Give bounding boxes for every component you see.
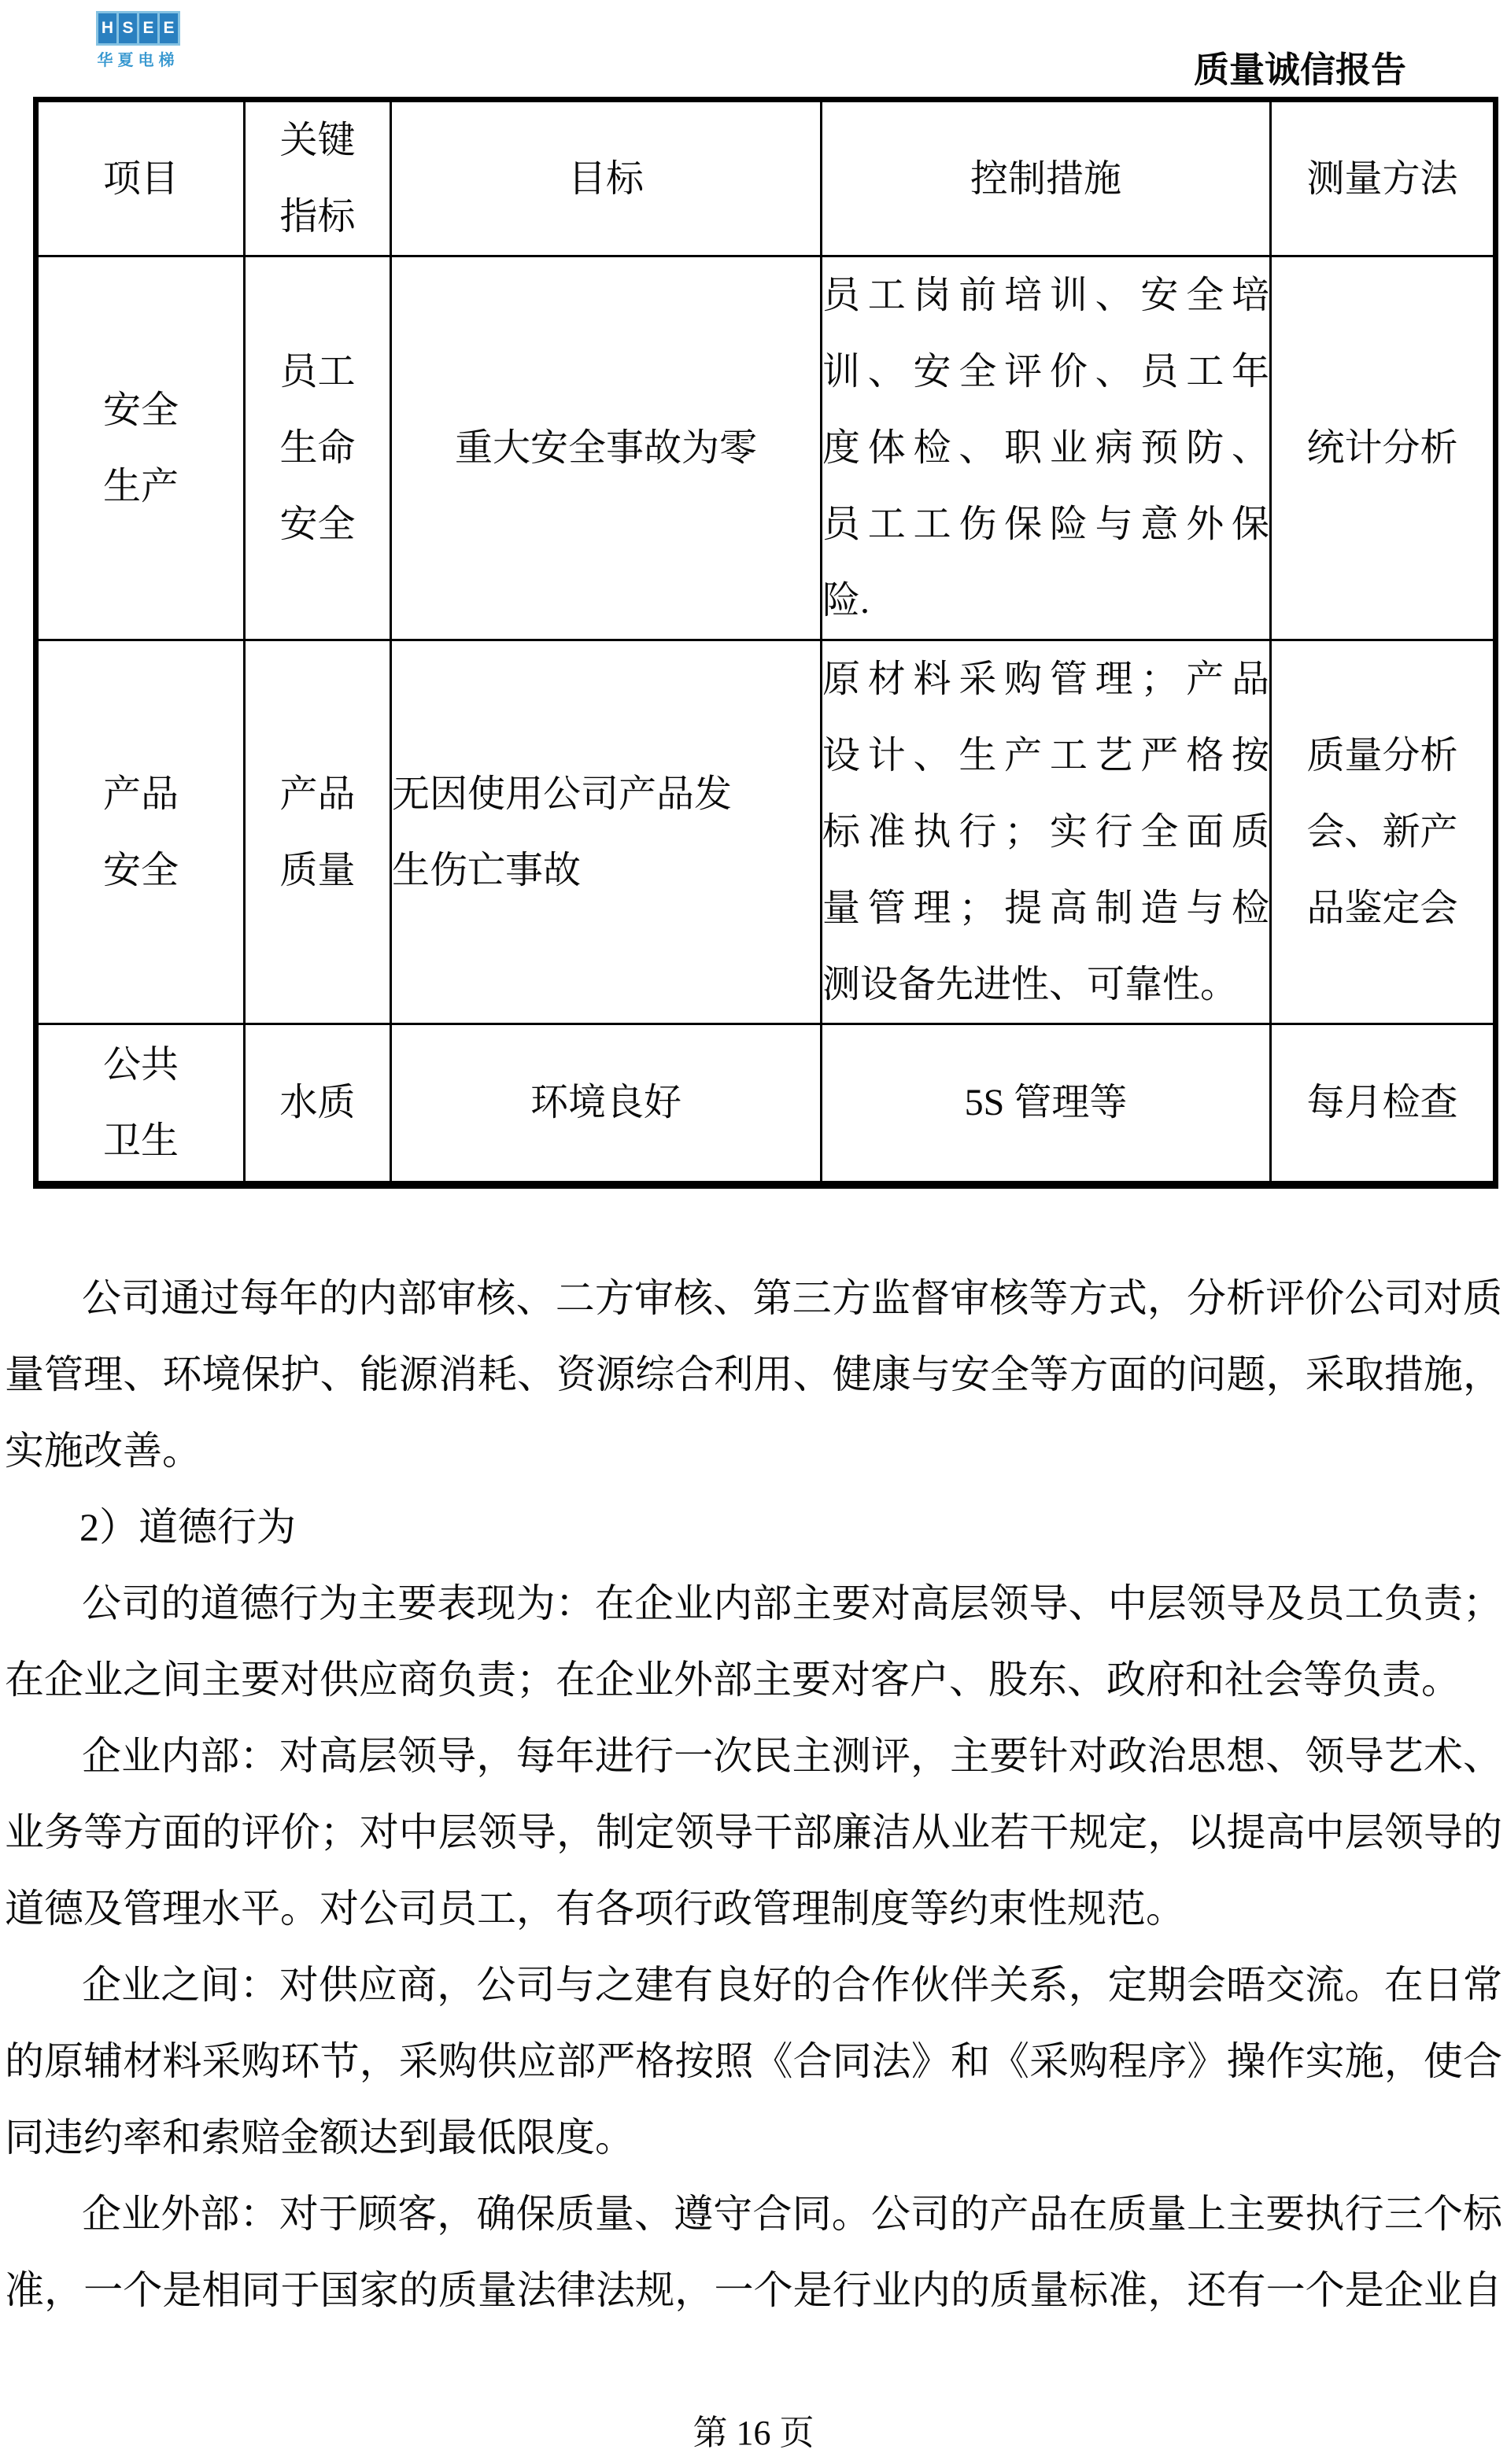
logo-letter-h: H [98,13,116,43]
page-number: 第 16 页 [0,2404,1507,2455]
col-header-measurement-method: 测量方法 [1271,100,1496,256]
document-header-title: 质量诚信报告 [1194,41,1406,92]
measure-line: 原材料采购管理；产品 [822,641,1269,717]
cell-item: 公共 卫生 [36,1024,245,1185]
paragraph-line: 准，一个是相同于国家的质量法律法规，一个是行业内的质量标准，还有一个是企业自 [5,2252,1502,2329]
cell-method: 每月检查 [1271,1024,1496,1185]
report-page: H S E E 华夏电梯 质量诚信报告 项目 关键 指标 目标 控制措施 测量方… [0,0,1507,2464]
measure-line: 设计、生产工艺严格按 [822,717,1269,794]
cell-control-measures: 5S 管理等 [822,1024,1271,1185]
company-logo: H S E E 华夏电梯 [96,11,180,70]
paragraph-line: 业务等方面的评价；对中层领导，制定领导干部廉洁从业若干规定，以提高中层领导的 [5,1795,1502,1871]
logo-letter-s: S [119,13,137,43]
cell-item: 产品 安全 [36,640,245,1024]
measure-line: 度体检、职业病预防、 [822,410,1269,486]
table-row-production-safety: 安全 生产 员工 生命 安全 重大安全事故为零 员工岗前培训、安全培 训、安全评… [36,256,1496,640]
table-header-row: 项目 关键 指标 目标 控制措施 测量方法 [36,100,1496,256]
paragraph-line: 企业之间：对供应商，公司与之建有良好的合作伙伴关系，定期会晤交流。在日常 [5,1947,1502,2023]
cell-method: 质量分析 会、新产 品鉴定会 [1271,640,1496,1024]
col-header-key-indicator: 关键 指标 [245,100,391,256]
col-header-item: 项目 [36,100,245,256]
cell-item: 安全 生产 [36,256,245,640]
cell-control-measures: 原材料采购管理；产品 设计、生产工艺严格按 标准执行；实行全面质 量管理；提高制… [822,640,1271,1024]
paragraph-line: 道德及管理水平。对公司员工，有各项行政管理制度等约束性规范。 [5,1871,1502,1947]
measure-line: 测设备先进性、可靠性。 [822,946,1269,1023]
logo-letter-e1: E [139,13,157,43]
measure-line: 员工岗前培训、安全培 [822,257,1269,334]
col-header-target: 目标 [391,100,822,256]
measure-line: 训、安全评价、员工年 [822,334,1269,410]
paragraph-line: 实施改善。 [5,1413,1502,1489]
section-heading: 2）道德行为 [5,1489,1502,1566]
paragraph-line: 企业外部：对于顾客，确保质量、遵守合同。公司的产品在质量上主要执行三个标 [5,2176,1502,2252]
paragraph-line: 在企业之间主要对供应商负责；在企业外部主要对客户、股东、政府和社会等负责。 [5,1642,1502,1718]
paragraph-line: 企业内部：对高层领导，每年进行一次民主测评，主要针对政治思想、领导艺术、 [5,1718,1502,1795]
measure-line: 员工工伤保险与意外保 [822,486,1269,563]
logo-squares: H S E E [96,11,180,46]
logo-letter-e2: E [160,13,178,43]
table-row-product-safety: 产品 安全 产品 质量 无因使用公司产品发 生伤亡事故 原材料采购管理；产品 设… [36,640,1496,1024]
cell-indicator: 水质 [245,1024,391,1185]
col-header-control-measures: 控制措施 [822,100,1271,256]
paragraph-line: 量管理、环境保护、能源消耗、资源综合利用、健康与安全等方面的问题，采取措施， [5,1337,1502,1413]
paragraph-line: 的原辅材料采购环节，采购供应部严格按照《合同法》和《采购程序》操作实施，使合 [5,2023,1502,2100]
cell-target: 环境良好 [391,1024,822,1185]
cell-indicator: 员工 生命 安全 [245,256,391,640]
table-row-public-hygiene: 公共 卫生 水质 环境良好 5S 管理等 每月检查 [36,1024,1496,1185]
paragraph-line: 同违约率和索赔金额达到最低限度。 [5,2100,1502,2176]
measure-line: 标准执行；实行全面质 [822,794,1269,870]
cell-control-measures: 员工岗前培训、安全培 训、安全评价、员工年 度体检、职业病预防、 员工工伤保险与… [822,256,1271,640]
logo-subtitle: 华夏电梯 [96,47,180,70]
measure-line: 险. [822,563,1269,639]
body-text: 公司通过每年的内部审核、二方审核、第三方监督审核等方式，分析评价公司对质 量管理… [5,1260,1502,2329]
paragraph-line: 公司的道德行为主要表现为：在企业内部主要对高层领导、中层领导及员工负责； [5,1566,1502,1642]
quality-objectives-table: 项目 关键 指标 目标 控制措施 测量方法 安全 生产 员工 生命 安全 重大安… [33,97,1498,1189]
cell-indicator: 产品 质量 [245,640,391,1024]
paragraph-line: 公司通过每年的内部审核、二方审核、第三方监督审核等方式，分析评价公司对质 [5,1260,1502,1337]
cell-target: 无因使用公司产品发 生伤亡事故 [391,640,822,1024]
measure-line: 量管理；提高制造与检 [822,870,1269,946]
cell-target: 重大安全事故为零 [391,256,822,640]
cell-method: 统计分析 [1271,256,1496,640]
